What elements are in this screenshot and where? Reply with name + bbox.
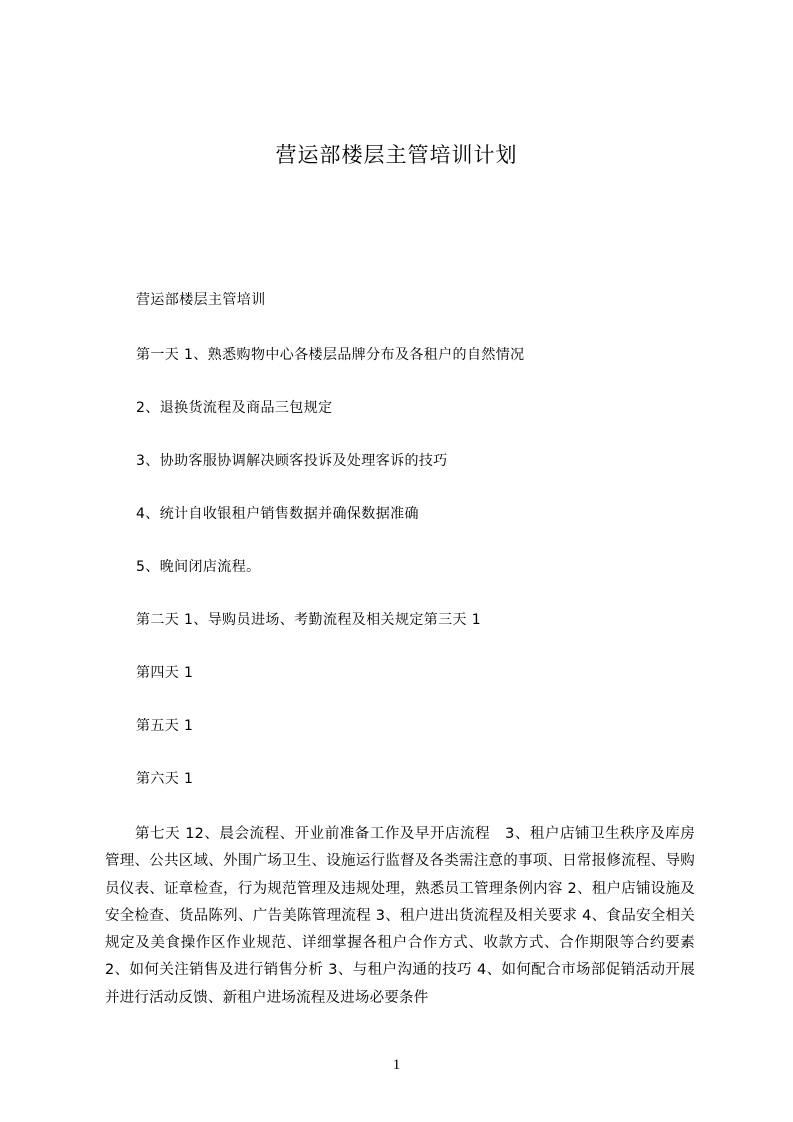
day-one-item-4: 4、统计自收银租户销售数据并确保数据准确 xyxy=(136,504,419,524)
day-one-item-5: 5、晚间闭店流程。 xyxy=(136,557,261,577)
day-two-item: 第二天 1、导购员进场、考勤流程及相关规定第三天 1 xyxy=(136,610,481,630)
document-page: 营运部楼层主管培训计划 营运部楼层主管培训 第一天 1、熟悉购物中心各楼层品牌分… xyxy=(0,0,793,1122)
day-six-item: 第六天 1 xyxy=(136,769,193,789)
day-one-item-2: 2、退换货流程及商品三包规定 xyxy=(136,398,333,418)
day-one-item-3: 3、协助客服协调解决顾客投诉及处理客诉的技巧 xyxy=(136,451,448,471)
section-heading: 营运部楼层主管培训 xyxy=(136,290,266,310)
day-five-item: 第五天 1 xyxy=(136,716,193,736)
day-four-item: 第四天 1 xyxy=(136,663,193,683)
page-number: 1 xyxy=(0,1055,793,1075)
day-one-item-1: 第一天 1、熟悉购物中心各楼层品牌分布及各租户的自然情况 xyxy=(136,345,525,365)
document-title: 营运部楼层主管培训计划 xyxy=(0,140,793,170)
day-seven-paragraph: 第七天 12、晨会流程、开业前准备工作及早开店流程 3、租户店铺卫生秩序及库房管… xyxy=(105,821,695,1012)
